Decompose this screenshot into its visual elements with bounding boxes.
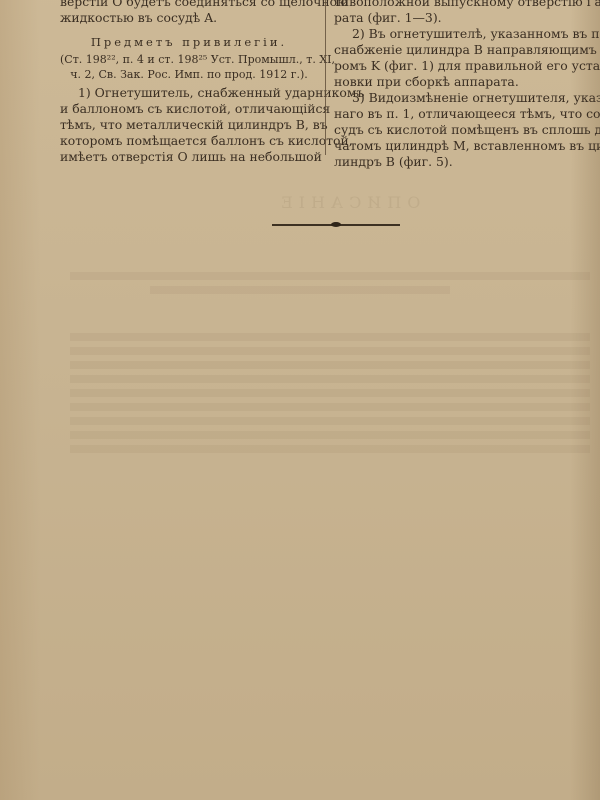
- section-heading: Предметъ привилегiи.: [60, 34, 318, 50]
- claim-1: 1) Огнетушитель, снабженный ударникомъ и…: [60, 85, 318, 165]
- claim-line: снабженiе цилиндра B направляющимъ реб-: [334, 42, 596, 58]
- left-column: верстiи O будетъ соединяться со щелочною…: [60, 0, 318, 165]
- reference-line: ч. 2, Св. Зак. Рос. Имп. по прод. 1912 г…: [60, 67, 318, 82]
- column-divider: [325, 0, 326, 155]
- legal-reference: (Ст. 198²², п. 4 и ст. 198²⁵ Уст. Промыш…: [60, 52, 318, 82]
- claim-line: имѣетъ отверстiя O лишь на небольшой: [60, 149, 318, 165]
- text-line: тивоположной выпускному отверстiю i аппа…: [334, 0, 596, 10]
- right-column: тивоположной выпускному отверстiю i аппа…: [334, 0, 596, 170]
- claim-line: линдръ B (фиг. 5).: [334, 154, 596, 170]
- text-line: верстiи O будетъ соединяться со щелочною: [60, 0, 318, 10]
- bleed-through-line: [150, 286, 450, 294]
- text-line: рата (фиг. 1—3).: [334, 10, 596, 26]
- scanned-document-page: верстiи O будетъ соединяться со щелочною…: [0, 0, 600, 800]
- claim-line: 2) Въ огнетушителѣ, указанномъ въ п. 1,—: [334, 26, 596, 42]
- bleed-through-title: ОПИСАНIЕ: [275, 193, 420, 212]
- claim-line: ромъ K (фиг. 1) для правильной его уста-: [334, 58, 596, 74]
- rule-ornament: [331, 222, 341, 227]
- text-line: жидкостью въ сосудѣ A.: [60, 10, 318, 26]
- claim-line: тѣмъ, что металлическiй цилиндръ B, въ: [60, 117, 318, 133]
- bleed-through-line: [70, 375, 590, 383]
- bleed-through-line: [70, 389, 590, 397]
- claim-line: 3) Видоизмѣненiе огнетушителя, указан-: [334, 90, 596, 106]
- bleed-through-line: [70, 431, 590, 439]
- bleed-through-line: [70, 347, 590, 355]
- claim-2: 2) Въ огнетушителѣ, указанномъ въ п. 1,—…: [334, 26, 596, 90]
- bleed-through-line: [70, 403, 590, 411]
- claim-line: наго въ п. 1, отличающееся тѣмъ, что со-: [334, 106, 596, 122]
- bleed-through-line: [70, 272, 590, 280]
- bleed-through-line: [70, 333, 590, 341]
- bleed-through-line: [70, 417, 590, 425]
- claim-line: новки при сборкѣ аппарата.: [334, 74, 596, 90]
- claim-3: 3) Видоизмѣненiе огнетушителя, указан- н…: [334, 90, 596, 170]
- claim-line: 1) Огнетушитель, снабженный ударникомъ: [60, 85, 318, 101]
- bleed-through-line: [70, 361, 590, 369]
- claim-line: судъ съ кислотой помѣщенъ въ сплошь дыр-: [334, 122, 596, 138]
- reference-line: (Ст. 198²², п. 4 и ст. 198²⁵ Уст. Промыш…: [60, 52, 318, 67]
- bleed-through-line: [70, 445, 590, 453]
- claim-line: и баллономъ съ кислотой, отличающiйся: [60, 101, 318, 117]
- claim-line: чатомъ цилиндрѣ M, вставленномъ въ ци-: [334, 138, 596, 154]
- claim-line: которомъ помѣщается баллонъ съ кислотой,: [60, 133, 318, 149]
